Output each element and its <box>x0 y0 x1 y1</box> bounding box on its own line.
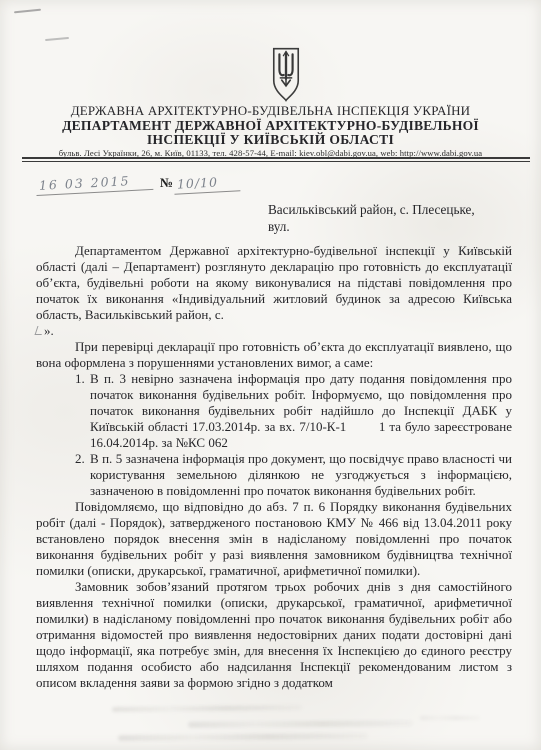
addressee-line1: Васильківський район, с. Плесецьке, <box>268 201 475 218</box>
addressee-block: Васильківський район, с. Плесецьке, вул. <box>268 201 475 235</box>
org-name-line2: ДЕПАРТАМЕНТ ДЕРЖАВНОЇ АРХІТЕКТУРНО-БУДІВ… <box>0 119 541 133</box>
pen-scratch-mark <box>14 9 41 14</box>
scanned-official-letter: ДЕРЖАВНА АРХІТЕКТУРНО-БУДІВЕЛЬНА ІНСПЕКЦ… <box>0 0 541 750</box>
reference-line: 16 03 2015№10/10 <box>36 174 240 193</box>
paragraph-declaration-review: Департаментом Державної архітектурно-буд… <box>36 243 512 323</box>
ink-bleed-through-mark <box>188 720 413 728</box>
org-name-line1: ДЕРЖАВНА АРХІТЕКТУРНО-БУДІВЕЛЬНА ІНСПЕКЦ… <box>0 104 541 118</box>
list-item-1-text: В п. 3 невірно зазначена інформація про … <box>90 371 512 451</box>
list-item-2: 2. В п. 5 зазначена інформація про докум… <box>36 451 512 499</box>
document-number-label: № <box>160 175 173 190</box>
handwritten-document-number: 10/10 <box>174 173 241 194</box>
org-name-line3: ІНСПЕКЦІЇ У КИЇВСЬКІЙ ОБЛАСТІ <box>0 133 541 147</box>
pen-scratch-mark <box>45 37 69 41</box>
paragraph-customer-obligation: Замовник зобов’язаний протягом трьох роб… <box>36 579 512 691</box>
letterhead: ДЕРЖАВНА АРХІТЕКТУРНО-БУДІВЕЛЬНА ІНСПЕКЦ… <box>0 104 541 158</box>
letter-body: Департаментом Державної архітектурно-буд… <box>36 243 512 691</box>
list-item-1: 1. В п. 3 невірно зазначена інформація п… <box>36 371 512 451</box>
letterhead-divider <box>22 157 530 162</box>
list-item-2-text: В п. 5 зазначена інформація про документ… <box>90 451 512 499</box>
paragraph-procedure-reference: Повідомляємо, що відповідно до абз. 7 п.… <box>36 499 512 579</box>
addressee-line2: вул. <box>268 218 475 235</box>
list-item-1-number: 1. <box>75 371 90 451</box>
paragraph-redacted-tail: ». <box>36 323 512 339</box>
partial-redacted-glyph <box>35 326 45 335</box>
paragraph-violations-intro: При перевірці декларації про готовність … <box>36 339 512 371</box>
list-item-2-number: 2. <box>75 451 90 499</box>
handwritten-date: 16 03 2015 <box>36 172 154 196</box>
ink-bleed-through-mark <box>118 733 368 741</box>
ink-bleed-through-mark <box>420 716 480 720</box>
ukraine-trident-coat-of-arms-icon <box>270 46 302 104</box>
ink-bleed-through-mark <box>112 705 302 712</box>
